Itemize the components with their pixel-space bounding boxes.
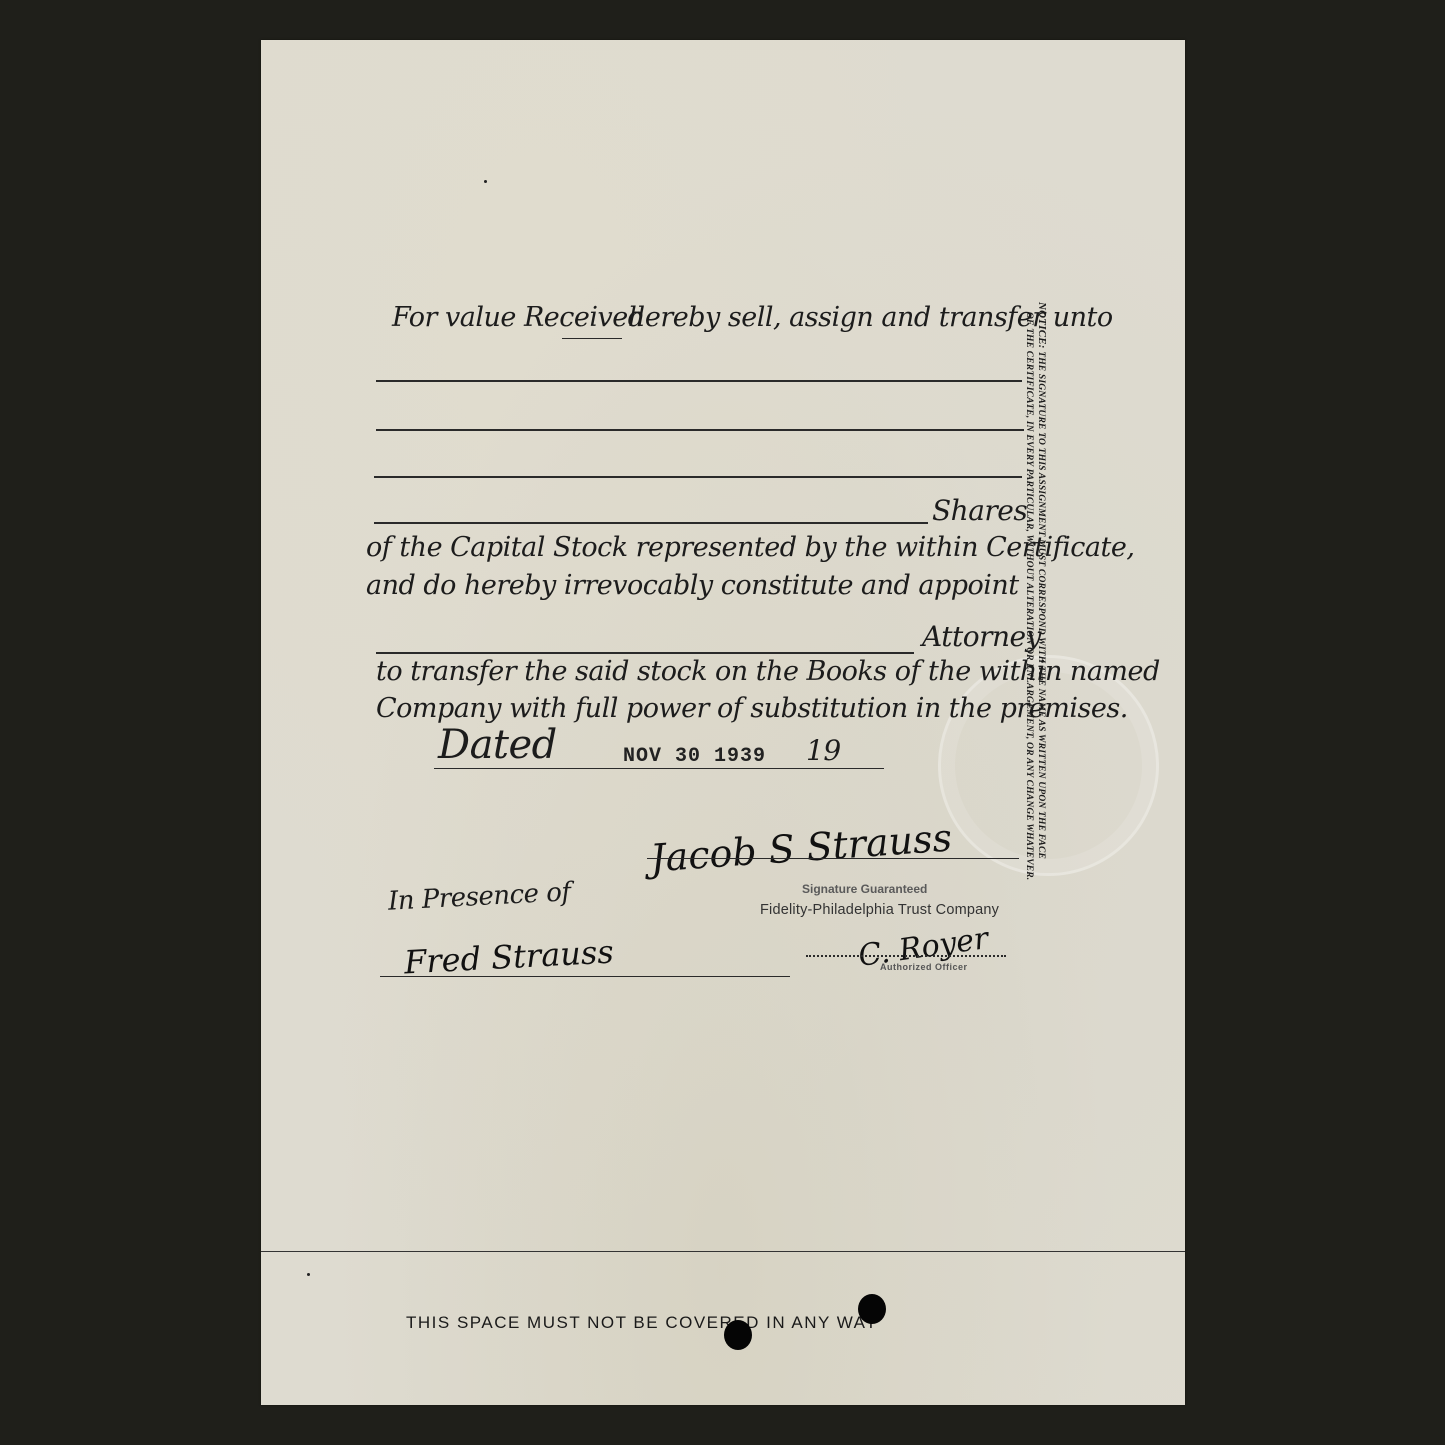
signature-guaranteed-label: Signature Guaranteed — [802, 882, 927, 896]
officer-signature-line — [806, 955, 1006, 957]
assignee-line-2 — [376, 429, 1024, 431]
witness-signature-line — [380, 976, 790, 977]
capital-stock-text: of the Capital Stock represented by the … — [366, 532, 1134, 563]
shares-word: Shares — [932, 494, 1027, 527]
embossed-seal — [938, 655, 1159, 876]
attorney-blank — [376, 652, 914, 654]
company-text: Company with full power of substitution … — [376, 693, 1128, 724]
footer-warning: THIS SPACE MUST NOT BE COVERED IN ANY WA… — [406, 1313, 878, 1333]
owner-signature-line — [647, 858, 1019, 859]
notice-line-2: of the certificate, in every particular,… — [1023, 302, 1035, 942]
speck — [484, 180, 487, 183]
notice-line-1: The signature to this assignment must co… — [1036, 351, 1046, 859]
notice-text: Notice: The signature to this assignment… — [1023, 302, 1048, 942]
speck — [307, 1273, 310, 1276]
assignee-line-3 — [374, 476, 1022, 478]
dated-label: Dated — [438, 722, 557, 768]
punch-hole — [724, 1320, 752, 1350]
authorized-officer-label: Authorized Officer — [880, 962, 968, 972]
assignee-line-1 — [376, 380, 1022, 382]
assignor-blank — [562, 338, 622, 339]
punch-hole — [858, 1294, 886, 1324]
shares-blank — [374, 522, 928, 524]
date-stamp: NOV 30 1939 — [623, 745, 766, 768]
date-line — [434, 768, 884, 769]
appoint-text: and do hereby irrevocably constitute and… — [366, 570, 1019, 601]
footer-divider — [261, 1251, 1185, 1252]
notice-label: Notice: — [1036, 302, 1048, 349]
guarantor-name: Fidelity-Philadelphia Trust Company — [760, 902, 999, 918]
year-prefix: 19 — [806, 734, 841, 767]
for-value-received-text: For value Received — [392, 302, 645, 333]
